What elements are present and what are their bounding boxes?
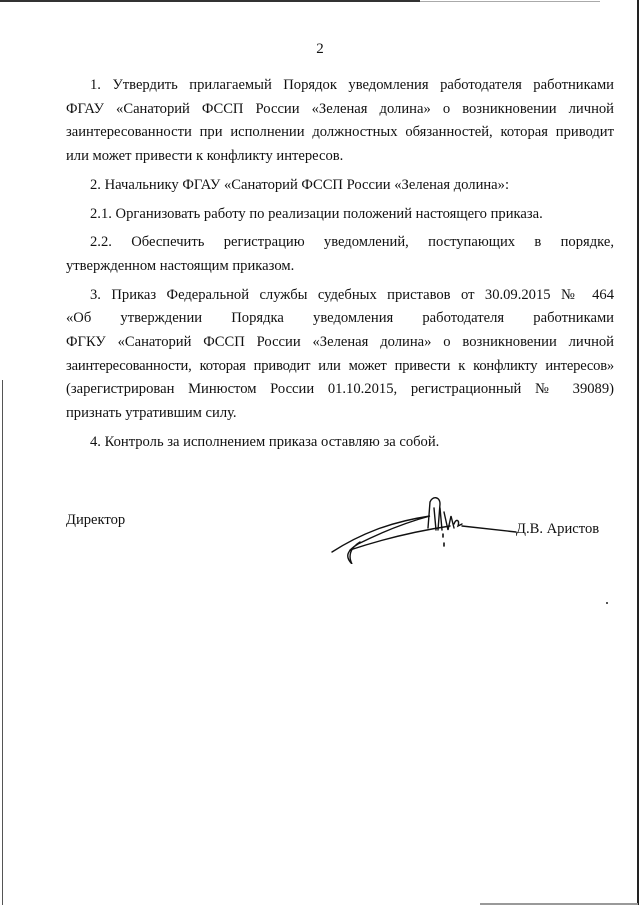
paragraph-4: 4. Контроль за исполнением приказа остав…	[66, 431, 614, 455]
text-line: 2. Начальнику ФГАУ «Санаторий ФССП Росси…	[66, 174, 614, 198]
paragraph-2: 2. Начальнику ФГАУ «Санаторий ФССП Росси…	[66, 174, 614, 198]
signatory-name: Д.В. Аристов	[516, 521, 599, 538]
text-line: заинтересованности, которая приводит или…	[66, 355, 614, 379]
text-line: (зарегистрирован Минюстом России 01.10.2…	[66, 378, 614, 402]
text-line: утвержденном настоящим приказом.	[66, 255, 614, 279]
scan-edge-top	[0, 0, 420, 2]
scan-edge-right	[637, 0, 639, 905]
document-body: 1. Утвердить прилагаемый Порядок уведомл…	[66, 74, 614, 455]
text-line: признать утратившим силу.	[66, 402, 614, 426]
paragraph-2-1: 2.1. Организовать работу по реализации п…	[66, 203, 614, 227]
text-line: «Об утверждении Порядка уведомления рабо…	[66, 307, 614, 331]
scan-edge-left	[2, 380, 3, 905]
signatory-position: Директор	[66, 512, 125, 529]
text-line: 3. Приказ Федеральной службы судебных пр…	[66, 284, 614, 308]
text-line: заинтересованности при исполнении должно…	[66, 121, 614, 145]
text-line: ФГАУ «Санаторий ФССП России «Зеленая дол…	[66, 98, 614, 122]
text-line: 2.1. Организовать работу по реализации п…	[66, 203, 614, 227]
paragraph-3: 3. Приказ Федеральной службы судебных пр…	[66, 284, 614, 426]
handwritten-signature	[330, 494, 520, 564]
text-line: 2.2. Обеспечить регистрацию уведомлений,…	[66, 231, 614, 255]
page-number: 2	[0, 41, 640, 58]
scan-speck	[606, 602, 608, 604]
text-line: 4. Контроль за исполнением приказа остав…	[66, 431, 614, 455]
text-line: 1. Утвердить прилагаемый Порядок уведомл…	[66, 74, 614, 98]
text-line: ФГКУ «Санаторий ФССП России «Зеленая дол…	[66, 331, 614, 355]
scan-edge-top-faint	[420, 1, 600, 2]
paragraph-2-2: 2.2. Обеспечить регистрацию уведомлений,…	[66, 231, 614, 278]
paragraph-1: 1. Утвердить прилагаемый Порядок уведомл…	[66, 74, 614, 169]
text-line: или может привести к конфликту интересов…	[66, 145, 614, 169]
